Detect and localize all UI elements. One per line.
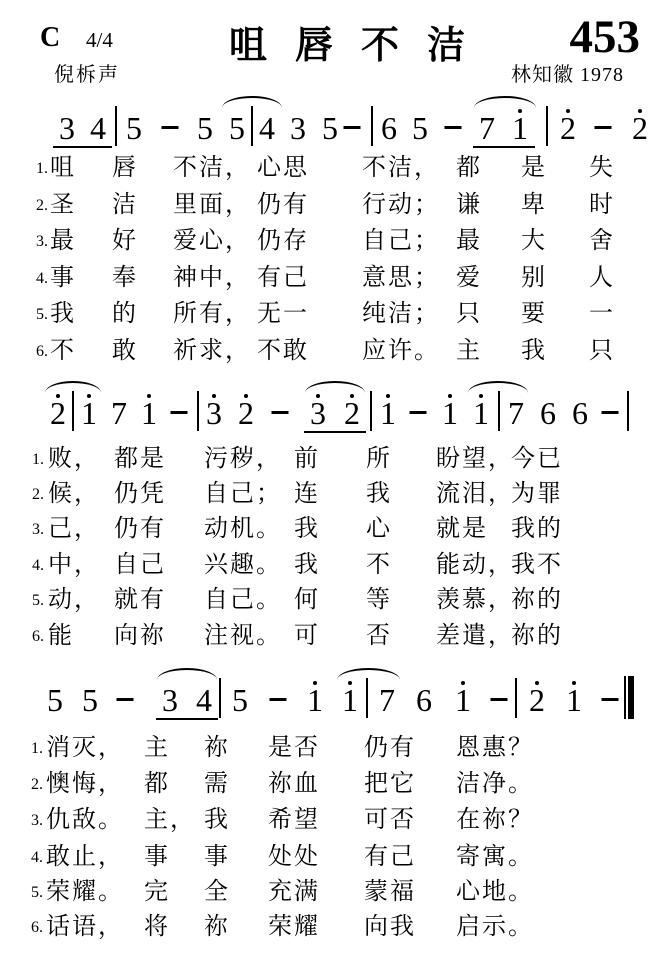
slur-arc	[337, 668, 400, 680]
lyric-cell: 自己；	[362, 226, 440, 256]
lyric-cell: 我	[294, 550, 320, 580]
note: 1	[442, 397, 458, 429]
verse-number: 3.	[21, 812, 43, 830]
lyric-row: 3.仇敌。主，我希望可否在祢？	[0, 805, 672, 835]
sustain-dash	[602, 698, 619, 701]
note: 3	[59, 112, 75, 144]
lyric-cell: 等	[366, 585, 392, 615]
note: 7	[479, 112, 495, 144]
sustain-dash	[595, 126, 612, 129]
verse-number: 2.	[21, 776, 43, 794]
lyric-cell: 否	[366, 621, 392, 651]
lyric-cell: 我	[521, 336, 547, 366]
octave-dot	[518, 109, 522, 113]
lyric-cell: 可	[294, 621, 320, 651]
lyric-row: 6.不敢祈求，不敢应许。主我只	[0, 336, 672, 366]
verse-number: 3.	[26, 233, 48, 251]
octave-dot	[535, 681, 539, 685]
lyric-cell: 兴趣。	[204, 550, 282, 580]
beam-underline	[156, 718, 218, 720]
lyric-cell: 何	[294, 585, 320, 615]
lyric-cell: 不洁，	[173, 153, 251, 183]
lyric-cell: 心	[366, 514, 392, 544]
note: 5	[47, 684, 63, 716]
octave-dot	[479, 394, 483, 398]
lyric-cell: 恩惠？	[456, 733, 534, 763]
note: 7	[379, 684, 395, 716]
lyric-cell: 需	[204, 769, 230, 799]
note: 6	[416, 684, 432, 716]
octave-dot	[448, 394, 452, 398]
beam-underline	[304, 431, 366, 433]
barline	[251, 106, 253, 146]
lyric-cell: 事	[50, 263, 76, 293]
lyric-cell: 不洁，	[362, 153, 440, 183]
lyric-cell: 启示。	[456, 912, 534, 942]
lyric-cell: 应许。	[362, 336, 440, 366]
sustain-dash	[491, 698, 508, 701]
lyric-cell: 所	[366, 444, 392, 474]
sustain-dash	[162, 126, 179, 129]
sustain-dash	[344, 126, 361, 129]
note: 1	[141, 397, 157, 429]
lyric-cell: 是	[521, 153, 547, 183]
beam-underline	[473, 146, 535, 148]
lyric-cell: 完	[144, 877, 170, 907]
lyric-cell: 都是	[114, 444, 166, 474]
lyric-cell: 仍凭	[114, 479, 166, 509]
lyric-cell: 舍	[589, 226, 615, 256]
slur-arc	[468, 381, 528, 393]
lyric-cell: 仍有	[114, 514, 166, 544]
octave-dot	[386, 394, 390, 398]
note: 3	[206, 397, 222, 429]
lyric-cell: 懊悔，	[46, 769, 124, 799]
note: 5	[322, 112, 338, 144]
note: 2	[50, 397, 66, 429]
octave-dot	[147, 394, 151, 398]
lyric-cell: 不	[50, 336, 76, 366]
lyric-cell: 把它	[364, 769, 416, 799]
lyric-cell: 敢止，	[46, 842, 124, 872]
slur-arc	[222, 96, 282, 108]
lyric-cell: 有己	[364, 842, 416, 872]
verse-number: 6.	[26, 343, 48, 361]
lyric-cell: 仍有	[364, 733, 416, 763]
lyric-row: 4.敢止，事事处处有己寄寓。	[0, 842, 672, 872]
lyric-cell: 我	[50, 299, 76, 329]
lyric-row: 4.中，自己兴趣。我不能动，我不	[0, 550, 672, 580]
octave-dot	[244, 394, 248, 398]
lyric-cell: 祢的	[511, 585, 563, 615]
verse-number: 1.	[26, 160, 48, 178]
lyric-cell: 是否	[268, 733, 320, 763]
lyric-cell: 心思	[257, 153, 309, 183]
lyric-cell: 话语，	[46, 912, 124, 942]
barline	[366, 678, 368, 718]
lyric-cell: 寄寓。	[456, 842, 534, 872]
music-line: 34555435657122	[0, 96, 672, 154]
lyric-cell: 消灭，	[46, 733, 124, 763]
verse-number: 1.	[22, 451, 44, 469]
note: 4	[259, 112, 275, 144]
note: 5	[82, 684, 98, 716]
lyric-cell: 唇	[112, 153, 138, 183]
lyric-cell: 大	[521, 226, 547, 256]
note: 1	[380, 397, 396, 429]
lyric-cell: 我的	[511, 514, 563, 544]
lyric-cell: 可否	[364, 805, 416, 835]
note: 1	[307, 684, 323, 716]
hymn-title: 咀唇不洁	[229, 14, 493, 69]
lyric-cell: 祢的	[511, 621, 563, 651]
final-barline	[624, 676, 634, 719]
lyric-row: 2.候，仍凭自己；连我流泪，为罪	[0, 479, 672, 509]
lyric-cell: 祢血	[268, 769, 320, 799]
lyric-cell: 主，	[144, 805, 196, 835]
note: 2	[238, 397, 254, 429]
lyric-row: 6.能向祢注视。可否差遣，祢的	[0, 621, 672, 651]
note: 5	[232, 684, 248, 716]
verse-number: 4.	[22, 557, 44, 575]
barline	[219, 678, 221, 718]
lyric-cell: 不敢	[257, 336, 309, 366]
lyric-cell: 神中，	[173, 263, 251, 293]
lyric-cell: 中，	[48, 550, 100, 580]
lyric-cell: 敢	[112, 336, 138, 366]
lyric-cell: 我	[366, 479, 392, 509]
note: 1	[473, 397, 489, 429]
beam-underline	[53, 146, 112, 148]
composer-name: 林知徽 1978	[511, 58, 624, 87]
verse-number: 5.	[21, 884, 43, 902]
octave-dot	[56, 394, 60, 398]
note: 6	[540, 397, 556, 429]
lyric-cell: 祢	[204, 912, 230, 942]
note: 1	[512, 112, 528, 144]
note: 3	[162, 684, 178, 716]
note: 2	[344, 397, 360, 429]
barline	[115, 106, 117, 146]
lyric-cell: 别	[521, 263, 547, 293]
lyric-row: 4.事奉神中，有己意思；爱别人	[0, 263, 672, 293]
sustain-dash	[171, 411, 188, 414]
lyric-cell: 盼望，	[436, 444, 514, 474]
lyric-cell: 羡慕，	[436, 585, 514, 615]
octave-dot	[316, 394, 320, 398]
lyric-cell: 败，	[48, 444, 100, 474]
octave-dot	[313, 681, 317, 685]
verse-number: 3.	[22, 521, 44, 539]
lyric-cell: 所有，	[173, 299, 251, 329]
slur-arc	[45, 381, 101, 393]
lyric-cell: 爱	[456, 263, 482, 293]
lyric-cell: 心地。	[456, 877, 534, 907]
verse-number: 4.	[26, 270, 48, 288]
lyric-cell: 自己	[114, 550, 166, 580]
note: 6	[381, 112, 397, 144]
barline	[371, 106, 373, 146]
note: 2	[529, 684, 545, 716]
lyric-cell: 里面，	[173, 190, 251, 220]
barline	[498, 391, 500, 431]
lyric-cell: 洁	[112, 190, 138, 220]
lyric-cell: 不	[366, 550, 392, 580]
verse-number: 2.	[26, 197, 48, 215]
note: 1	[455, 684, 471, 716]
lyric-cell: 祈求，	[173, 336, 251, 366]
lyric-cell: 荣耀。	[46, 877, 124, 907]
lyric-cell: 我	[294, 514, 320, 544]
note: 7	[111, 397, 127, 429]
lyric-cell: 仍有	[257, 190, 309, 220]
lyric-cell: 己，	[48, 514, 100, 544]
lyric-cell: 行动；	[362, 190, 440, 220]
verse-number: 1.	[21, 740, 43, 758]
sustain-dash	[410, 411, 427, 414]
lyric-cell: 差遣，	[436, 621, 514, 651]
barline	[627, 391, 629, 431]
note: 5	[126, 112, 142, 144]
note: 3	[310, 397, 326, 429]
lyric-cell: 纯洁；	[362, 299, 440, 329]
lyric-cell: 最	[456, 226, 482, 256]
note: 1	[342, 684, 358, 716]
lyric-cell: 意思；	[362, 263, 440, 293]
note: 5	[229, 112, 245, 144]
music-line: 553451176121	[0, 668, 672, 726]
note: 5	[412, 112, 428, 144]
octave-dot	[350, 394, 354, 398]
note: 4	[90, 112, 106, 144]
lyricist-name: 倪柝声	[54, 58, 120, 87]
lyric-cell: 希望	[268, 805, 320, 835]
verse-number: 6.	[21, 919, 43, 937]
lyric-cell: 今已	[511, 444, 563, 474]
barline	[72, 391, 74, 431]
lyric-cell: 只	[456, 299, 482, 329]
lyric-cell: 最	[50, 226, 76, 256]
lyric-cell: 候，	[48, 479, 100, 509]
lyric-cell: 动，	[48, 585, 100, 615]
lyric-cell: 污秽，	[204, 444, 282, 474]
lyric-cell: 荣耀	[268, 912, 320, 942]
verse-number: 4.	[21, 849, 43, 867]
octave-dot	[638, 109, 642, 113]
lyric-cell: 一	[589, 299, 615, 329]
lyric-cell: 无一	[257, 299, 309, 329]
sustain-dash	[117, 698, 134, 701]
verse-number: 6.	[22, 628, 44, 646]
lyric-cell: 洁净。	[456, 769, 534, 799]
note: 3	[290, 112, 306, 144]
lyric-cell: 向祢	[114, 621, 166, 651]
lyric-row: 3.己，仍有动机。我心就是我的	[0, 514, 672, 544]
octave-dot	[461, 681, 465, 685]
slur-arc	[157, 668, 217, 680]
slur-arc	[474, 96, 536, 108]
lyric-cell: 向我	[364, 912, 416, 942]
sustain-dash	[270, 698, 287, 701]
sustain-dash	[445, 126, 462, 129]
note: 1	[81, 397, 97, 429]
lyric-cell: 有己	[257, 263, 309, 293]
lyric-cell: 事	[144, 842, 170, 872]
lyric-cell: 失	[589, 153, 615, 183]
lyric-cell: 就有	[114, 585, 166, 615]
lyric-cell: 的	[112, 299, 138, 329]
hymn-number: 453	[570, 10, 641, 64]
octave-dot	[566, 109, 570, 113]
lyric-cell: 我不	[511, 550, 563, 580]
octave-dot	[348, 681, 352, 685]
lyric-cell: 连	[294, 479, 320, 509]
lyric-row: 2.懊悔，都需祢血把它洁净。	[0, 769, 672, 799]
lyric-cell: 自己。	[204, 585, 282, 615]
lyric-row: 5.我的所有，无一纯洁；只要一	[0, 299, 672, 329]
sustain-dash	[272, 411, 289, 414]
note: 2	[560, 112, 576, 144]
lyric-cell: 只	[589, 336, 615, 366]
lyric-cell: 仍存	[257, 226, 309, 256]
barline	[197, 391, 199, 431]
lyric-row: 5.荣耀。完全充满蒙福心地。	[0, 877, 672, 907]
note: 1	[566, 684, 582, 716]
lyric-cell: 能	[48, 621, 74, 651]
lyric-cell: 祢	[204, 733, 230, 763]
lyric-cell: 咀	[50, 153, 76, 183]
verse-number: 5.	[26, 306, 48, 324]
verse-number: 5.	[22, 592, 44, 610]
lyric-cell: 奉	[112, 263, 138, 293]
barline	[370, 391, 372, 431]
lyric-cell: 就是	[436, 514, 488, 544]
lyric-cell: 主	[144, 733, 170, 763]
lyric-row: 6.话语，将祢荣耀向我启示。	[0, 912, 672, 942]
lyric-cell: 为罪	[511, 479, 563, 509]
octave-dot	[87, 394, 91, 398]
lyric-cell: 人	[589, 263, 615, 293]
lyric-cell: 事	[204, 842, 230, 872]
lyric-row: 1.咀唇不洁，心思不洁，都是失	[0, 153, 672, 183]
note: 4	[196, 684, 212, 716]
music-line: 21713232111766	[0, 381, 672, 439]
lyric-cell: 我	[204, 805, 230, 835]
lyric-cell: 在祢？	[456, 805, 534, 835]
lyric-cell: 仇敌。	[46, 805, 124, 835]
note: 7	[508, 397, 524, 429]
note: 2	[632, 112, 648, 144]
lyric-cell: 蒙福	[364, 877, 416, 907]
hymn-sheet-page: C 4/4 咀唇不洁 453 倪柝声 林知徽 1978 345554356571…	[0, 0, 672, 960]
lyric-row: 1.败，都是污秽，前所盼望，今已	[0, 444, 672, 474]
lyric-cell: 谦	[456, 190, 482, 220]
lyric-row: 5.动，就有自己。何等羡慕，祢的	[0, 585, 672, 615]
note: 5	[197, 112, 213, 144]
lyric-cell: 将	[144, 912, 170, 942]
lyric-cell: 能动，	[436, 550, 514, 580]
sustain-dash	[602, 411, 619, 414]
lyric-cell: 前	[294, 444, 320, 474]
lyric-cell: 全	[204, 877, 230, 907]
lyric-cell: 注视。	[204, 621, 282, 651]
lyric-cell: 卑	[521, 190, 547, 220]
lyric-cell: 时	[589, 190, 615, 220]
barline	[515, 678, 517, 718]
lyric-cell: 好	[112, 226, 138, 256]
lyric-cell: 主	[456, 336, 482, 366]
barline	[546, 106, 548, 146]
lyric-cell: 都	[144, 769, 170, 799]
lyric-cell: 要	[521, 299, 547, 329]
lyric-cell: 充满	[268, 877, 320, 907]
octave-dot	[572, 681, 576, 685]
lyric-cell: 处处	[268, 842, 320, 872]
lyric-cell: 爱心，	[173, 226, 251, 256]
lyric-cell: 圣	[50, 190, 76, 220]
lyric-cell: 自己；	[204, 479, 282, 509]
lyric-row: 1.消灭，主祢是否仍有恩惠？	[0, 733, 672, 763]
lyric-row: 3.最好爱心，仍存自己；最大舍	[0, 226, 672, 256]
key-signature: C	[40, 22, 60, 54]
time-signature: 4/4	[86, 28, 113, 53]
lyric-row: 2.圣洁里面，仍有行动；谦卑时	[0, 190, 672, 220]
verse-number: 2.	[22, 486, 44, 504]
octave-dot	[212, 394, 216, 398]
note: 6	[572, 397, 588, 429]
lyric-cell: 动机。	[204, 514, 282, 544]
lyric-cell: 流泪，	[436, 479, 514, 509]
slur-arc	[305, 381, 365, 393]
lyric-cell: 都	[456, 153, 482, 183]
